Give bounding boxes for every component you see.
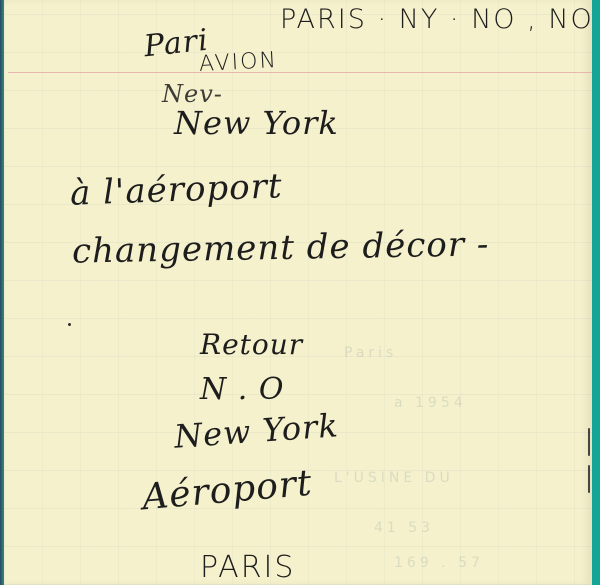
handwritten-line: changement de décor - [72, 224, 490, 271]
notebook-page: Paris a 1954 L'USINE DU 41 53 169 . 57 P… [4, 0, 592, 585]
handwritten-line: PARIS [200, 550, 295, 585]
show-through-text: L'USINE DU [334, 470, 454, 486]
show-through-text: Paris [344, 345, 397, 361]
staple [588, 465, 590, 493]
show-through-text: 41 53 [374, 520, 434, 536]
handwritten-line: à l'aéroport [69, 166, 283, 213]
show-through-text: 169 . 57 [394, 555, 484, 571]
red-margin-line [8, 72, 592, 73]
header-route: PARIS · NY · NO , NO · NY [280, 4, 600, 35]
handwritten-line: Aéroport [141, 463, 315, 519]
handwritten-line: AVION [198, 48, 278, 77]
staple [588, 428, 590, 456]
handwritten-line: New York [173, 406, 340, 455]
handwritten-line: N . O [200, 372, 284, 407]
handwritten-line: Retour [200, 328, 303, 361]
handwritten-line: New York [174, 104, 339, 142]
show-through-text: a 1954 [394, 395, 467, 411]
cover-edge-right [592, 0, 600, 585]
ink-dot [68, 323, 71, 326]
